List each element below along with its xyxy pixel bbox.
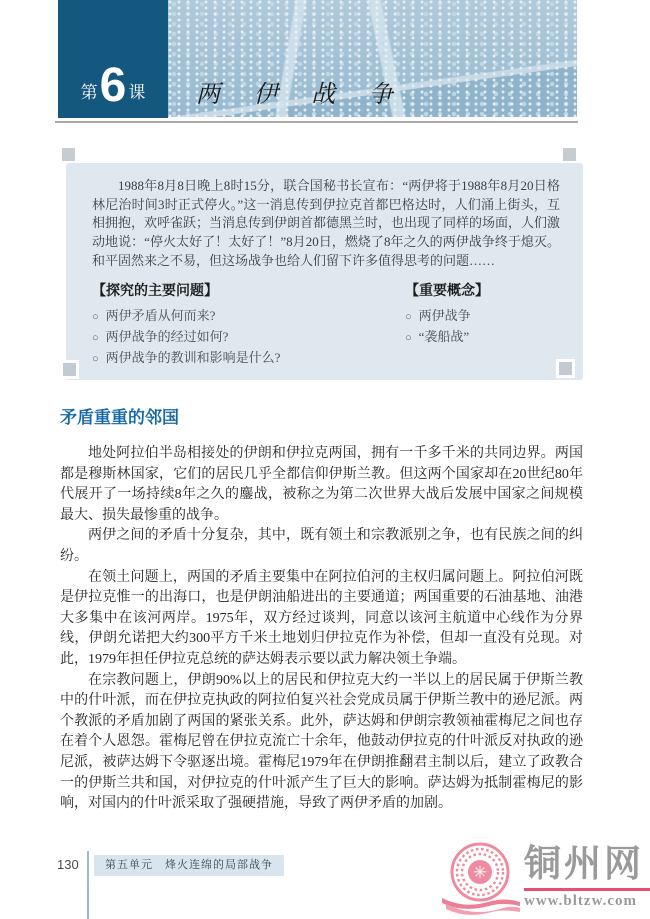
main-content: 矛盾重重的邻国 地处阿拉伯半岛相接处的伊朗和伊拉克两国，拥有一千多千米的共同边界… xyxy=(60,403,583,815)
list-item: ○两伊矛盾从何而来? xyxy=(92,306,405,327)
key-concepts-column: 【重要概念】 ○两伊战争 ○“袭船战” xyxy=(405,280,567,369)
circle-bullet-icon: ○ xyxy=(405,328,412,348)
lesson-title: 两 伊 战 争 xyxy=(196,74,406,109)
body-paragraph: 地处阿拉伯半岛相接处的伊朗和伊拉克两国，拥有一千多千米的共同边界。两国都是穆斯林… xyxy=(60,444,583,526)
watermark-site-url: www.bltzw.com xyxy=(524,893,650,910)
body-paragraph: 在领土问题上，两国的矛盾主要集中在阿拉伯河的主权归属问题上。阿拉伯河既是伊拉克惟… xyxy=(60,568,583,671)
textbook-page: 第 6 课 两 伊 战 争 1988年8月8日晚上8时15分，联合国秘书长宣布：… xyxy=(0,0,650,919)
intro-panel: 1988年8月8日晚上8时15分，联合国秘书长宣布：“两伊将于1988年8月20… xyxy=(66,163,583,380)
circle-bullet-icon: ○ xyxy=(405,307,412,327)
lesson-number: 6 xyxy=(100,64,127,108)
page-number: 130 xyxy=(57,857,79,872)
watermark-site-name: 铜州网 xyxy=(524,842,650,886)
concept-text: “袭船战” xyxy=(419,327,470,347)
question-text: 两伊战争的经过如何? xyxy=(106,327,229,347)
main-questions-list: ○两伊矛盾从何而来? ○两伊战争的经过如何? ○两伊战争的教训和影响是什么? xyxy=(92,306,405,369)
intro-paragraph: 1988年8月8日晚上8时15分，联合国秘书长宣布：“两伊将于1988年8月20… xyxy=(92,177,560,271)
corner-square-bottom-right xyxy=(556,359,575,378)
key-concepts-list: ○两伊战争 ○“袭船战” xyxy=(405,306,567,348)
lesson-number-box: 第 6 课 xyxy=(58,0,168,118)
list-item: ○“袭船战” xyxy=(405,327,567,348)
lesson-prefix: 第 xyxy=(81,78,98,108)
footer-divider-line xyxy=(87,851,89,919)
section-heading: 矛盾重重的邻国 xyxy=(60,403,583,428)
main-questions-header: 【探究的主要问题】 xyxy=(92,280,405,300)
questions-concepts-row: 【探究的主要问题】 ○两伊矛盾从何而来? ○两伊战争的经过如何? ○两伊战争的教… xyxy=(92,280,567,369)
header-aerial-photo: 两 伊 战 争 xyxy=(168,0,577,117)
watermark-emblem-icon: ✳ xyxy=(442,842,520,918)
circle-bullet-icon: ○ xyxy=(92,349,99,369)
corner-square-top-left xyxy=(62,148,75,161)
circle-bullet-icon: ○ xyxy=(92,307,99,327)
site-watermark: ✳ 铜州网 www.bltzw.com xyxy=(442,842,650,918)
circle-bullet-icon: ○ xyxy=(92,328,99,348)
corner-square-bottom-left xyxy=(60,360,79,379)
watermark-text: 铜州网 www.bltzw.com xyxy=(524,842,650,910)
corner-square-top-right xyxy=(563,148,576,161)
svg-text:✳: ✳ xyxy=(473,863,487,882)
question-text: 两伊战争的教训和影响是什么? xyxy=(106,348,281,368)
body-paragraph: 两伊之间的矛盾十分复杂，其中，既有领土和宗教派别之争，也有民族之间的纠纷。 xyxy=(60,526,583,567)
main-questions-column: 【探究的主要问题】 ○两伊矛盾从何而来? ○两伊战争的经过如何? ○两伊战争的教… xyxy=(92,280,405,369)
watermark-red-line xyxy=(524,888,650,891)
list-item: ○两伊战争 xyxy=(405,306,567,327)
lesson-suffix: 课 xyxy=(128,78,145,108)
concept-text: 两伊战争 xyxy=(419,306,471,326)
body-paragraph: 在宗教问题上，伊朗90%以上的居民和伊拉克大约一半以上的居民属于伊斯兰教中的什叶… xyxy=(60,671,583,815)
list-item: ○两伊战争的经过如何? xyxy=(92,327,405,348)
unit-label: 第五单元 烽火连绵的局部战争 xyxy=(94,855,284,876)
key-concepts-header: 【重要概念】 xyxy=(405,280,567,300)
header-divider xyxy=(55,121,578,123)
list-item: ○两伊战争的教训和影响是什么? xyxy=(92,348,405,369)
question-text: 两伊矛盾从何而来? xyxy=(106,306,216,326)
